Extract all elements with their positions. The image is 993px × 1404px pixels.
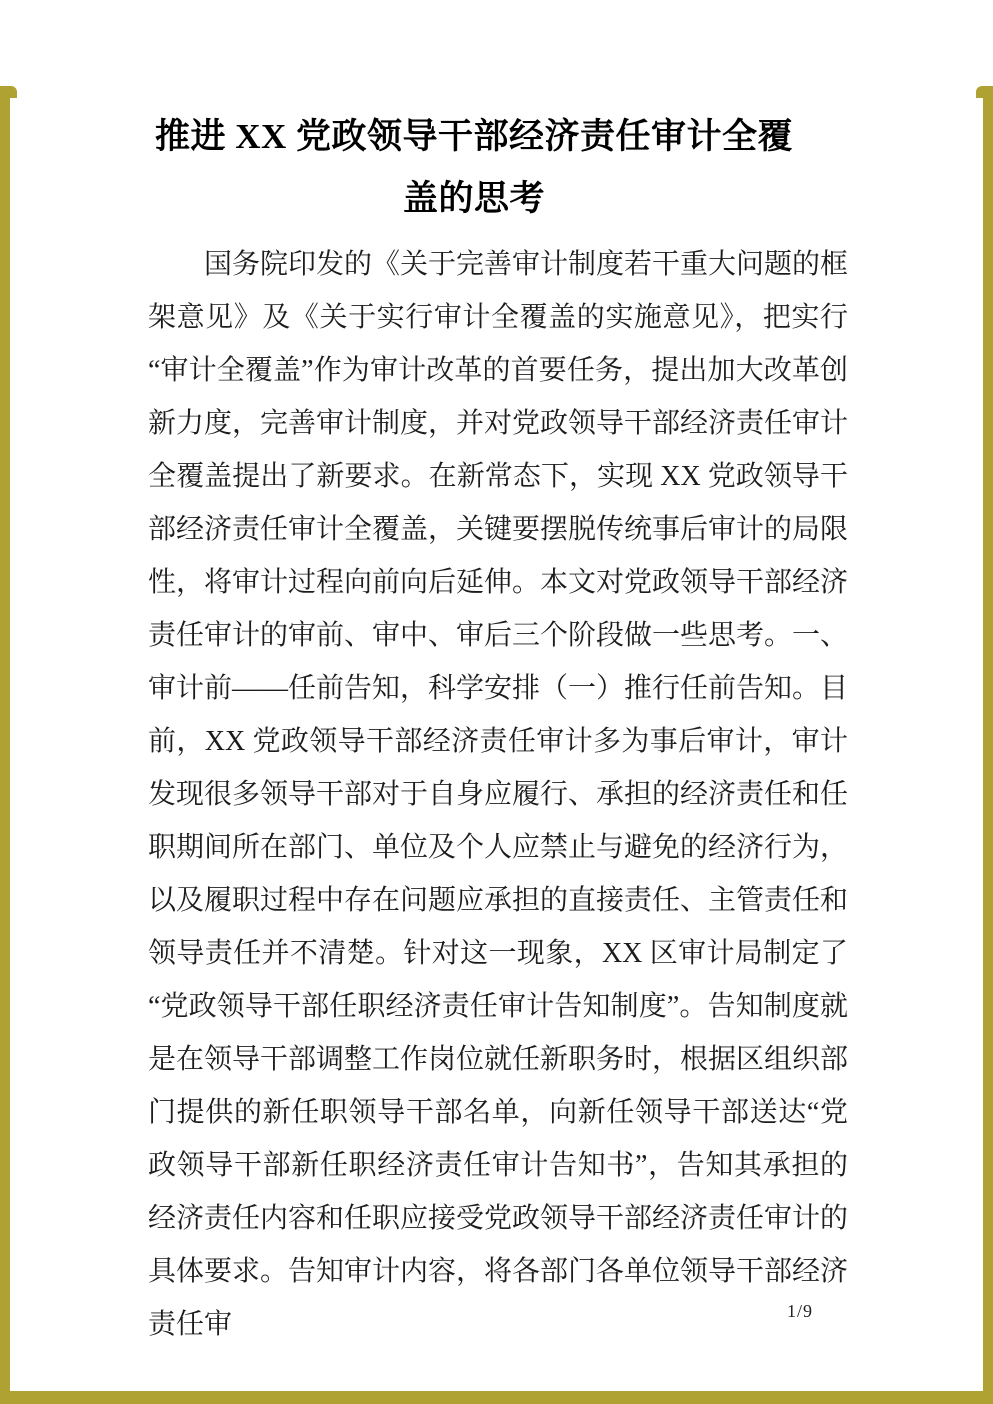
page-border-bottom [0,1391,993,1404]
body-paragraph: 国务院印发的《关于完善审计制度若干重大问题的框架意见》及《关于实行审计全覆盖的实… [148,238,848,1351]
document-body: 国务院印发的《关于完善审计制度若干重大问题的框架意见》及《关于实行审计全覆盖的实… [148,232,848,1351]
page-border-right [983,86,993,1404]
page-number: 1/9 [787,1301,813,1322]
document-page: 推进 XX 党政领导干部经济责任审计全覆盖的思考 国务院印发的《关于完善审计制度… [0,0,993,1404]
document-title: 推进 XX 党政领导干部经济责任审计全覆盖的思考 [148,106,800,230]
page-border-left [0,86,10,1404]
